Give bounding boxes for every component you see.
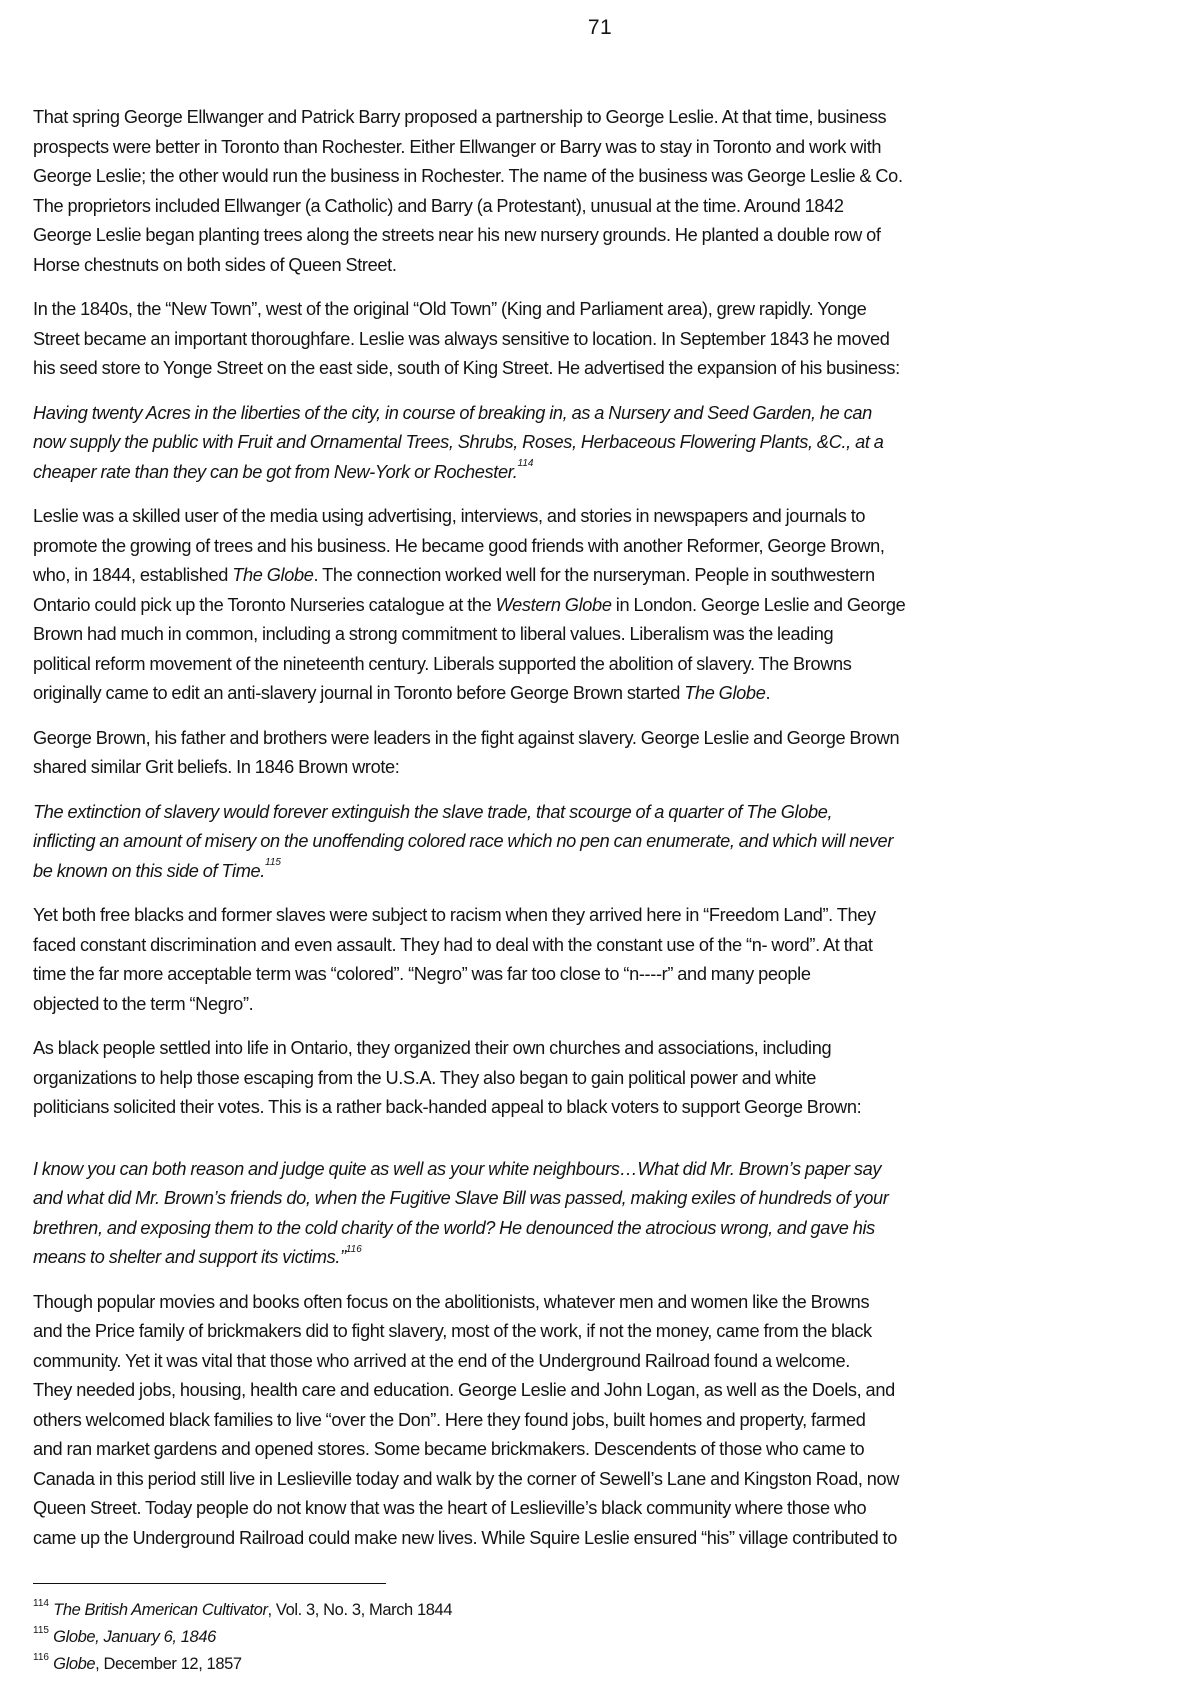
- text-line: Ontario could pick up the Toronto Nurser…: [33, 591, 1173, 621]
- text-segment: Ontario could pick up the Toronto Nurser…: [33, 595, 496, 615]
- block-quote-appeal: I know you can both reason and judge qui…: [33, 1155, 1173, 1273]
- text-line: others welcomed black families to live “…: [33, 1406, 1173, 1436]
- text-line: his seed store to Yonge Street on the ea…: [33, 354, 1173, 384]
- quote-line: The extinction of slavery would forever …: [33, 798, 1173, 828]
- quote-line: cheaper rate than they can be got from N…: [33, 462, 518, 482]
- quote-line: now supply the public with Fruit and Orn…: [33, 428, 1173, 458]
- text-line: objected to the term “Negro”.: [33, 990, 1173, 1020]
- text-line: As black people settled into life in Ont…: [33, 1034, 1173, 1064]
- quote-line: Having twenty Acres in the liberties of …: [33, 399, 1173, 429]
- text-line: That spring George Ellwanger and Patrick…: [33, 103, 1173, 133]
- footnote-ref-116[interactable]: 116: [346, 1244, 362, 1255]
- text-line: Leslie was a skilled user of the media u…: [33, 502, 1173, 532]
- paragraph-churches: As black people settled into life in Ont…: [33, 1034, 1173, 1123]
- publication-title: The Globe: [232, 565, 313, 585]
- text-line: and the Price family of brickmakers did …: [33, 1317, 1173, 1347]
- text-line: and ran market gardens and opened stores…: [33, 1435, 1173, 1465]
- text-line: organizations to help those escaping fro…: [33, 1064, 1173, 1094]
- text-line: In the 1840s, the “New Town”, west of th…: [33, 295, 1173, 325]
- text-line: Though popular movies and books often fo…: [33, 1288, 1173, 1318]
- text-line: George Brown, his father and brothers we…: [33, 724, 1173, 754]
- footnote-ref-114[interactable]: 114: [518, 458, 534, 469]
- text-line: political reform movement of the ninetee…: [33, 650, 1173, 680]
- publication-title: The Globe: [684, 683, 765, 703]
- footnote-number: 115: [33, 1625, 49, 1636]
- text-line: They needed jobs, housing, health care a…: [33, 1376, 1173, 1406]
- paragraph-underground-railroad: Though popular movies and books often fo…: [33, 1288, 1173, 1554]
- text-line: Street became an important thoroughfare.…: [33, 325, 1173, 355]
- block-quote-brown-1846: The extinction of slavery would forever …: [33, 798, 1173, 887]
- text-line: George Leslie; the other would run the b…: [33, 162, 1173, 192]
- text-segment: .: [765, 683, 770, 703]
- footnote-116: 116 Globe, December 12, 1857: [33, 1651, 1133, 1678]
- paragraph-partnership: That spring George Ellwanger and Patrick…: [33, 103, 1173, 280]
- text-line: community. Yet it was vital that those w…: [33, 1347, 1173, 1377]
- text-line: politicians solicited their votes. This …: [33, 1093, 1173, 1123]
- quote-line: inflicting an amount of misery on the un…: [33, 827, 1173, 857]
- text-line: originally came to edit an anti-slavery …: [33, 679, 1173, 709]
- footnote-separator: [33, 1583, 386, 1584]
- text-line: who, in 1844, established The Globe. The…: [33, 561, 1173, 591]
- footnote-detail: , Vol. 3, No. 3, March 1844: [268, 1601, 453, 1619]
- footnotes: 114 The British American Cultivator, Vol…: [33, 1597, 1133, 1678]
- text-segment: originally came to edit an anti-slavery …: [33, 683, 684, 703]
- footnote-source: Globe: [53, 1655, 95, 1673]
- quote-line: I know you can both reason and judge qui…: [33, 1155, 1173, 1185]
- quote-line: brethren, and exposing them to the cold …: [33, 1214, 1173, 1244]
- text-line: The proprietors included Ellwanger (a Ca…: [33, 192, 1173, 222]
- paragraph-new-town: In the 1840s, the “New Town”, west of th…: [33, 295, 1173, 384]
- quote-line: be known on this side of Time.: [33, 861, 265, 881]
- quote-line: and what did Mr. Brown’s friends do, whe…: [33, 1184, 1173, 1214]
- publication-title: Western Globe: [496, 595, 612, 615]
- text-line: shared similar Grit beliefs. In 1846 Bro…: [33, 753, 1173, 783]
- footnote-ref-115[interactable]: 115: [265, 857, 281, 868]
- paragraph-brown-family: George Brown, his father and brothers we…: [33, 724, 1173, 783]
- paragraph-racism: Yet both free blacks and former slaves w…: [33, 901, 1173, 1019]
- text-segment: who, in 1844, established: [33, 565, 232, 585]
- footnote-number: 114: [33, 1598, 49, 1609]
- footnote-detail: , December 12, 1857: [95, 1655, 242, 1673]
- footnote-114: 114 The British American Cultivator, Vol…: [33, 1597, 1133, 1624]
- footnote-115: 115 Globe, January 6, 1846: [33, 1624, 1133, 1651]
- text-line: Canada in this period still live in Lesl…: [33, 1465, 1173, 1495]
- text-line: Brown had much in common, including a st…: [33, 620, 1173, 650]
- text-line: George Leslie began planting trees along…: [33, 221, 1173, 251]
- text-line: Horse chestnuts on both sides of Queen S…: [33, 251, 1173, 281]
- footnote-source: The British American Cultivator: [53, 1601, 267, 1619]
- quote-line: means to shelter and support its victims…: [33, 1247, 346, 1267]
- footnote-source: Globe, January 6, 1846: [53, 1628, 216, 1646]
- block-quote-advertisement: Having twenty Acres in the liberties of …: [33, 399, 1173, 488]
- footnote-number: 116: [33, 1652, 49, 1663]
- body-text: That spring George Ellwanger and Patrick…: [33, 103, 1173, 1568]
- page-number: 71: [0, 16, 1200, 40]
- text-segment: in London. George Leslie and George: [612, 595, 906, 615]
- text-line: Yet both free blacks and former slaves w…: [33, 901, 1173, 931]
- text-line: came up the Underground Railroad could m…: [33, 1524, 1173, 1554]
- text-line: faced constant discrimination and even a…: [33, 931, 1173, 961]
- text-line: Queen Street. Today people do not know t…: [33, 1494, 1173, 1524]
- paragraph-media: Leslie was a skilled user of the media u…: [33, 502, 1173, 709]
- text-line: promote the growing of trees and his bus…: [33, 532, 1173, 562]
- text-segment: . The connection worked well for the nur…: [314, 565, 875, 585]
- text-line: prospects were better in Toronto than Ro…: [33, 133, 1173, 163]
- text-line: time the far more acceptable term was “c…: [33, 960, 1173, 990]
